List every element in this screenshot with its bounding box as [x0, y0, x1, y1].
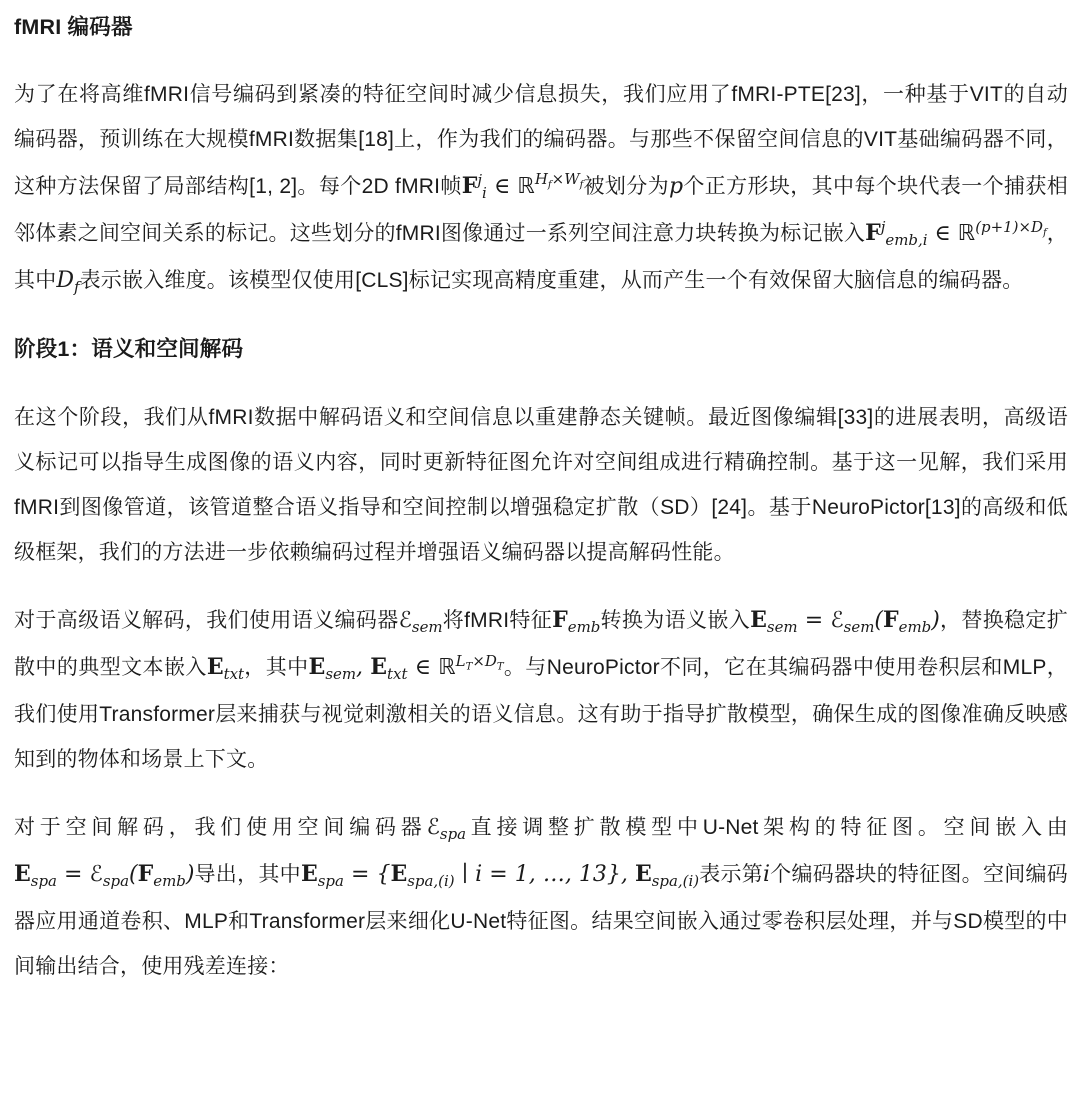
- text-run: 被划分为: [583, 175, 669, 198]
- paragraph: 对于高级语义解码，我们使用语义编码器ℰsem将fMRI特征Femb转换为语义嵌入…: [14, 597, 1068, 782]
- math-expression: Femb: [552, 608, 600, 633]
- math-expression: Esem = ℰsem(Femb): [750, 608, 940, 633]
- text-run: 直接调整扩散模型中U-Net架构的特征图。空间嵌入由: [466, 816, 1068, 839]
- text-run: 导出，其中: [194, 863, 300, 886]
- text-run: 转换为语义嵌入: [600, 609, 750, 632]
- math-expression: ℰspa: [427, 815, 467, 840]
- section-heading: 阶段1：语义和空间解码: [14, 326, 1068, 372]
- text-run: 阶段1：语义和空间解码: [14, 337, 243, 361]
- text-run: fMRI 编码器: [14, 15, 133, 39]
- text-run: 对于高级语义解码，我们使用语义编码器: [14, 609, 399, 632]
- text-run: 将fMRI特征: [443, 609, 553, 632]
- math-expression: Fji ∈ ℝHf×Wf: [462, 174, 584, 199]
- math-expression: Espa = ℰspa(Femb): [14, 862, 194, 887]
- math-expression: Fjemb,i ∈ ℝ(p+1)×Df: [865, 221, 1047, 246]
- text-run: ，其中: [244, 656, 309, 679]
- document-body: fMRI 编码器为了在将高维fMRI信号编码到紧凑的特征空间时减少信息损失，我们…: [0, 0, 1080, 989]
- math-expression: Etxt: [207, 655, 244, 680]
- section-heading: fMRI 编码器: [14, 4, 1068, 50]
- text-run: 在这个阶段，我们从fMRI数据中解码语义和空间信息以重建静态关键帧。最近图像编辑…: [14, 406, 1068, 564]
- paragraph: 为了在将高维fMRI信号编码到紧凑的特征空间时减少信息损失，我们应用了fMRI-…: [14, 72, 1068, 304]
- math-expression: ℰsem: [399, 608, 443, 633]
- math-expression: p: [669, 174, 683, 199]
- math-expression: Df: [56, 268, 79, 293]
- paragraph: 对于空间解码，我们使用空间编码器ℰspa直接调整扩散模型中U-Net架构的特征图…: [14, 804, 1068, 989]
- math-expression: Espa = {Espa,(i) ∣ i = 1, …, 13}, Espa,(…: [301, 862, 699, 887]
- text-run: 表示第: [699, 863, 763, 886]
- math-expression: Esem, Etxt ∈ ℝLT×DT: [309, 655, 504, 680]
- paragraph: 在这个阶段，我们从fMRI数据中解码语义和空间信息以重建静态关键帧。最近图像编辑…: [14, 395, 1068, 576]
- text-run: 表示嵌入维度。该模型仅使用[CLS]标记实现高精度重建，从而产生一个有效保留大脑…: [80, 269, 1024, 292]
- text-run: 对于空间解码，我们使用空间编码器: [14, 816, 427, 839]
